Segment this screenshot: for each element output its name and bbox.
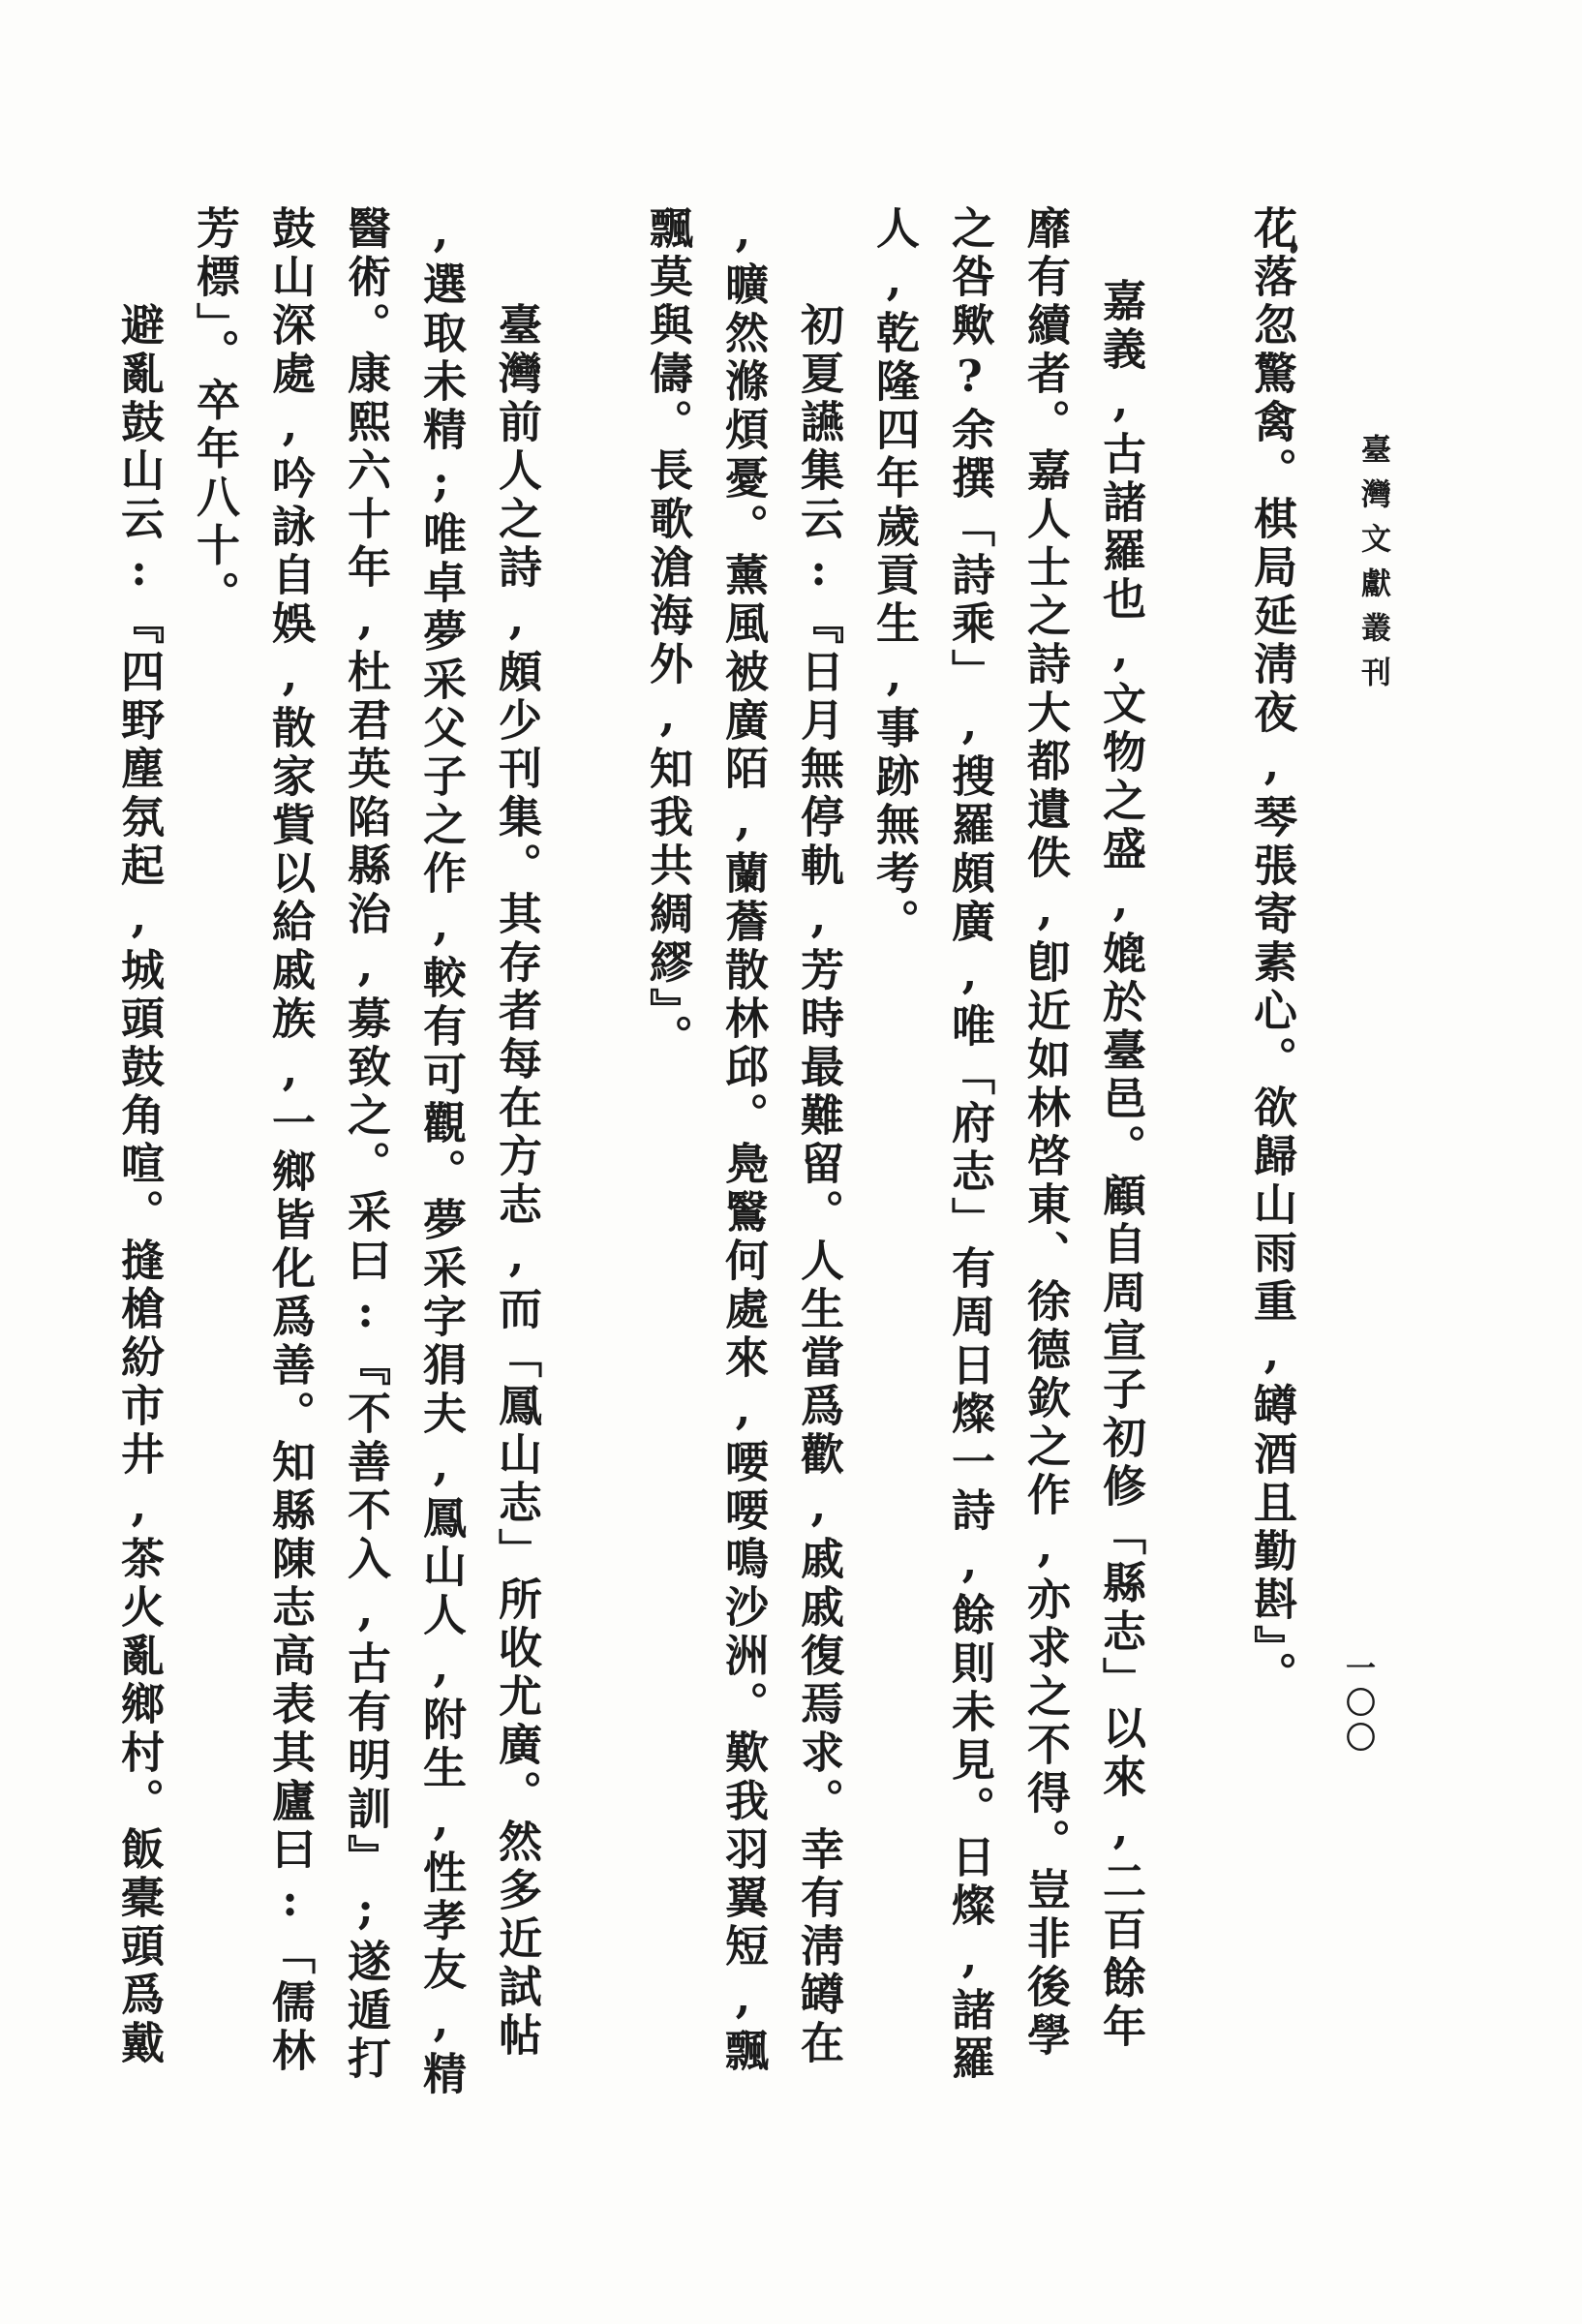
text-column-13: 芳標」。卒年八十。 [176, 205, 252, 2200]
text-column-5: 人,乾隆四年歲貢生,事跡無考。 [856, 205, 931, 2200]
column-spacer-1 [1158, 205, 1233, 2200]
text-column-1: 花落忽驚禽。棋局延淸夜,琴張寄素心。欲歸山雨重,罇酒且勤斟』。 [1233, 205, 1309, 2200]
text-column-2: 嘉義,古諸羅也,文物之盛,媲於臺邑。顧自周宣子初修「縣志」以來,二百餘年 [1082, 205, 1158, 2200]
column-spacer-2 [554, 205, 629, 2200]
text-column-7: ,曠然滌煩憂。薰風被廣陌,蘭薝散林邱。鳧鷖何處來,喓喓鳴沙洲。歎我羽翼短,飄 [705, 205, 780, 2200]
text-column-3: 靡有續者。嘉人士之詩大都遺佚,卽近如林啓東、徐德欽之作,亦求之不得。豈非後學 [1007, 205, 1082, 2200]
text-column-11: 醫術。康熙六十年,杜君英陷縣治,募致之。采曰:『不善不入,古有明訓』;遂遁打 [327, 205, 403, 2200]
book-page: 臺灣文獻叢刊 一〇〇 花落忽驚禽。棋局延淸夜,琴張寄素心。欲歸山雨重,罇酒且勤斟… [0, 0, 1582, 2324]
text-column-12: 鼓山深處,吟詠自娛,散家貲以給戚族,一鄉皆化爲善。知縣陳志高表其廬曰:「儒林 [252, 205, 327, 2200]
page-number: 一〇〇 [1336, 1652, 1380, 1757]
text-column-6: 初夏讌集云:『日月無停軌,芳時最難留。人生當爲歡,戚戚復焉求。幸有淸罇在 [780, 205, 856, 2200]
text-column-4: 之咎歟?余撰「詩乘」,搜羅頗廣,唯「府志」有周日燦一詩,餘則未見。日燦,諸羅 [931, 205, 1007, 2200]
text-column-8: 飄莫與儔。長歌滄海外,知我共綢繆』。 [629, 205, 705, 2200]
text-block: 花落忽驚禽。棋局延淸夜,琴張寄素心。欲歸山雨重,罇酒且勤斟』。 嘉義,古諸羅也,… [101, 205, 1309, 2200]
series-title: 臺灣文獻叢刊 [1352, 434, 1395, 701]
text-column-14: 避亂鼓山云:『四野塵氛起,城頭鼓角喧。摓槍紛市井,茶火亂鄉村。飯橐頭爲戴 [101, 205, 176, 2200]
text-column-9: 臺灣前人之詩,頗少刊集。其存者每在方志,而「鳳山志」所收尤廣。然多近試帖 [478, 205, 554, 2200]
text-column-10: ,選取未精;唯卓夢采父子之作,較有可觀。夢采字狷夫,鳳山人,附生,性孝友,精 [403, 205, 478, 2200]
